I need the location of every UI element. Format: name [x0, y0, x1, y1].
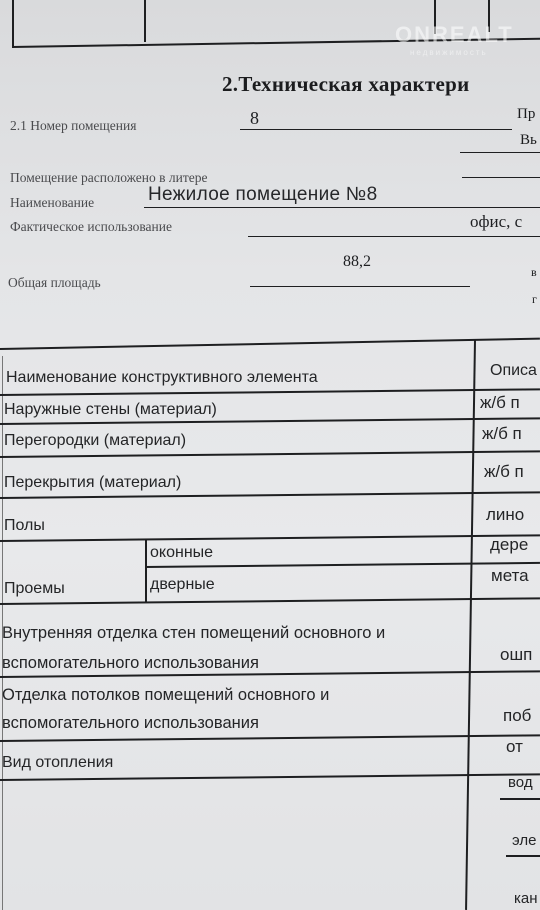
row-ceiling-finish-line1: Отделка потолков помещений основного и: [2, 686, 329, 705]
row-ceiling-finish-desc: поб: [503, 706, 531, 726]
actual-use-label: Фактическое использование: [10, 219, 172, 235]
row-openings-windows: оконные: [150, 544, 213, 562]
row-line: [0, 450, 540, 458]
row-openings-doors: дверные: [150, 576, 215, 594]
total-area-label: Общая площадь: [8, 275, 101, 291]
row-line: [0, 773, 540, 781]
row-line: [0, 597, 540, 605]
row-wall-finish-line2: вспомогательного использования: [2, 654, 259, 673]
row-ceiling-finish-line2: вспомогательного использования: [2, 714, 259, 733]
name-value: Нежилое помещение №8: [148, 184, 377, 206]
header-element-name: Наименование конструктивного элемента: [6, 369, 318, 387]
row-floors-desc: лино: [486, 505, 524, 525]
row-line: [0, 734, 540, 742]
top-table-left-border: [12, 0, 14, 48]
row-partitions: Перегородки (материал): [4, 432, 186, 450]
row-floors-slab: Перекрытия (материал): [4, 474, 181, 492]
row-line: [500, 798, 540, 800]
row-line: [0, 491, 540, 499]
right-fragment-p: г: [532, 292, 537, 307]
row-water-desc: вод: [508, 774, 533, 791]
row-floors-slab-desc: ж/б п: [484, 462, 524, 482]
row-line: [506, 855, 540, 857]
row-electric-desc: эле: [512, 832, 536, 849]
actual-use-value: офис, с: [470, 212, 522, 232]
top-table-divider-1: [144, 0, 146, 42]
section-title: 2.Техническая характери: [222, 72, 470, 97]
row-heating: Вид отопления: [2, 754, 113, 772]
actual-use-underline: [248, 236, 540, 237]
room-number-underline: [240, 129, 512, 130]
litera-underline: [462, 177, 540, 178]
right-fragment-v: в: [531, 265, 537, 280]
room-number-label: 2.1 Номер помещения: [10, 118, 136, 134]
row-floors: Полы: [4, 517, 45, 535]
row-line: [0, 388, 540, 396]
watermark: ONREALT: [395, 22, 514, 48]
right-underline-1: [460, 152, 540, 153]
row-openings-windows-desc: дере: [490, 535, 528, 555]
row-line: [0, 534, 540, 542]
right-fragment-pr: Пр: [517, 106, 535, 123]
header-description: Описа: [490, 362, 537, 380]
table-top-border: [0, 338, 540, 350]
name-underline: [144, 207, 540, 208]
row-outer-walls-desc: ж/б п: [480, 393, 520, 413]
openings-sub-divider: [145, 540, 147, 602]
watermark-sub: недвижимость: [410, 48, 488, 57]
row-openings: Проемы: [4, 580, 65, 598]
right-fragment-vy: Вь: [520, 132, 537, 149]
row-partitions-desc: ж/б п: [482, 424, 522, 444]
total-area-underline: [250, 286, 470, 287]
row-outer-walls: Наружные стены (материал): [4, 401, 217, 419]
row-openings-doors-desc: мета: [491, 566, 529, 586]
name-label: Наименование: [10, 195, 94, 211]
row-wall-finish-desc: ошп: [500, 645, 532, 665]
room-number-value: 8: [250, 108, 259, 129]
row-sewer-desc: кан: [514, 890, 538, 907]
total-area-value: 88,2: [343, 253, 371, 271]
row-wall-finish-line1: Внутренняя отделка стен помещений основн…: [2, 624, 385, 643]
row-line: [145, 562, 540, 568]
table-col-divider: [465, 340, 476, 910]
row-heating-desc: от: [506, 737, 523, 757]
